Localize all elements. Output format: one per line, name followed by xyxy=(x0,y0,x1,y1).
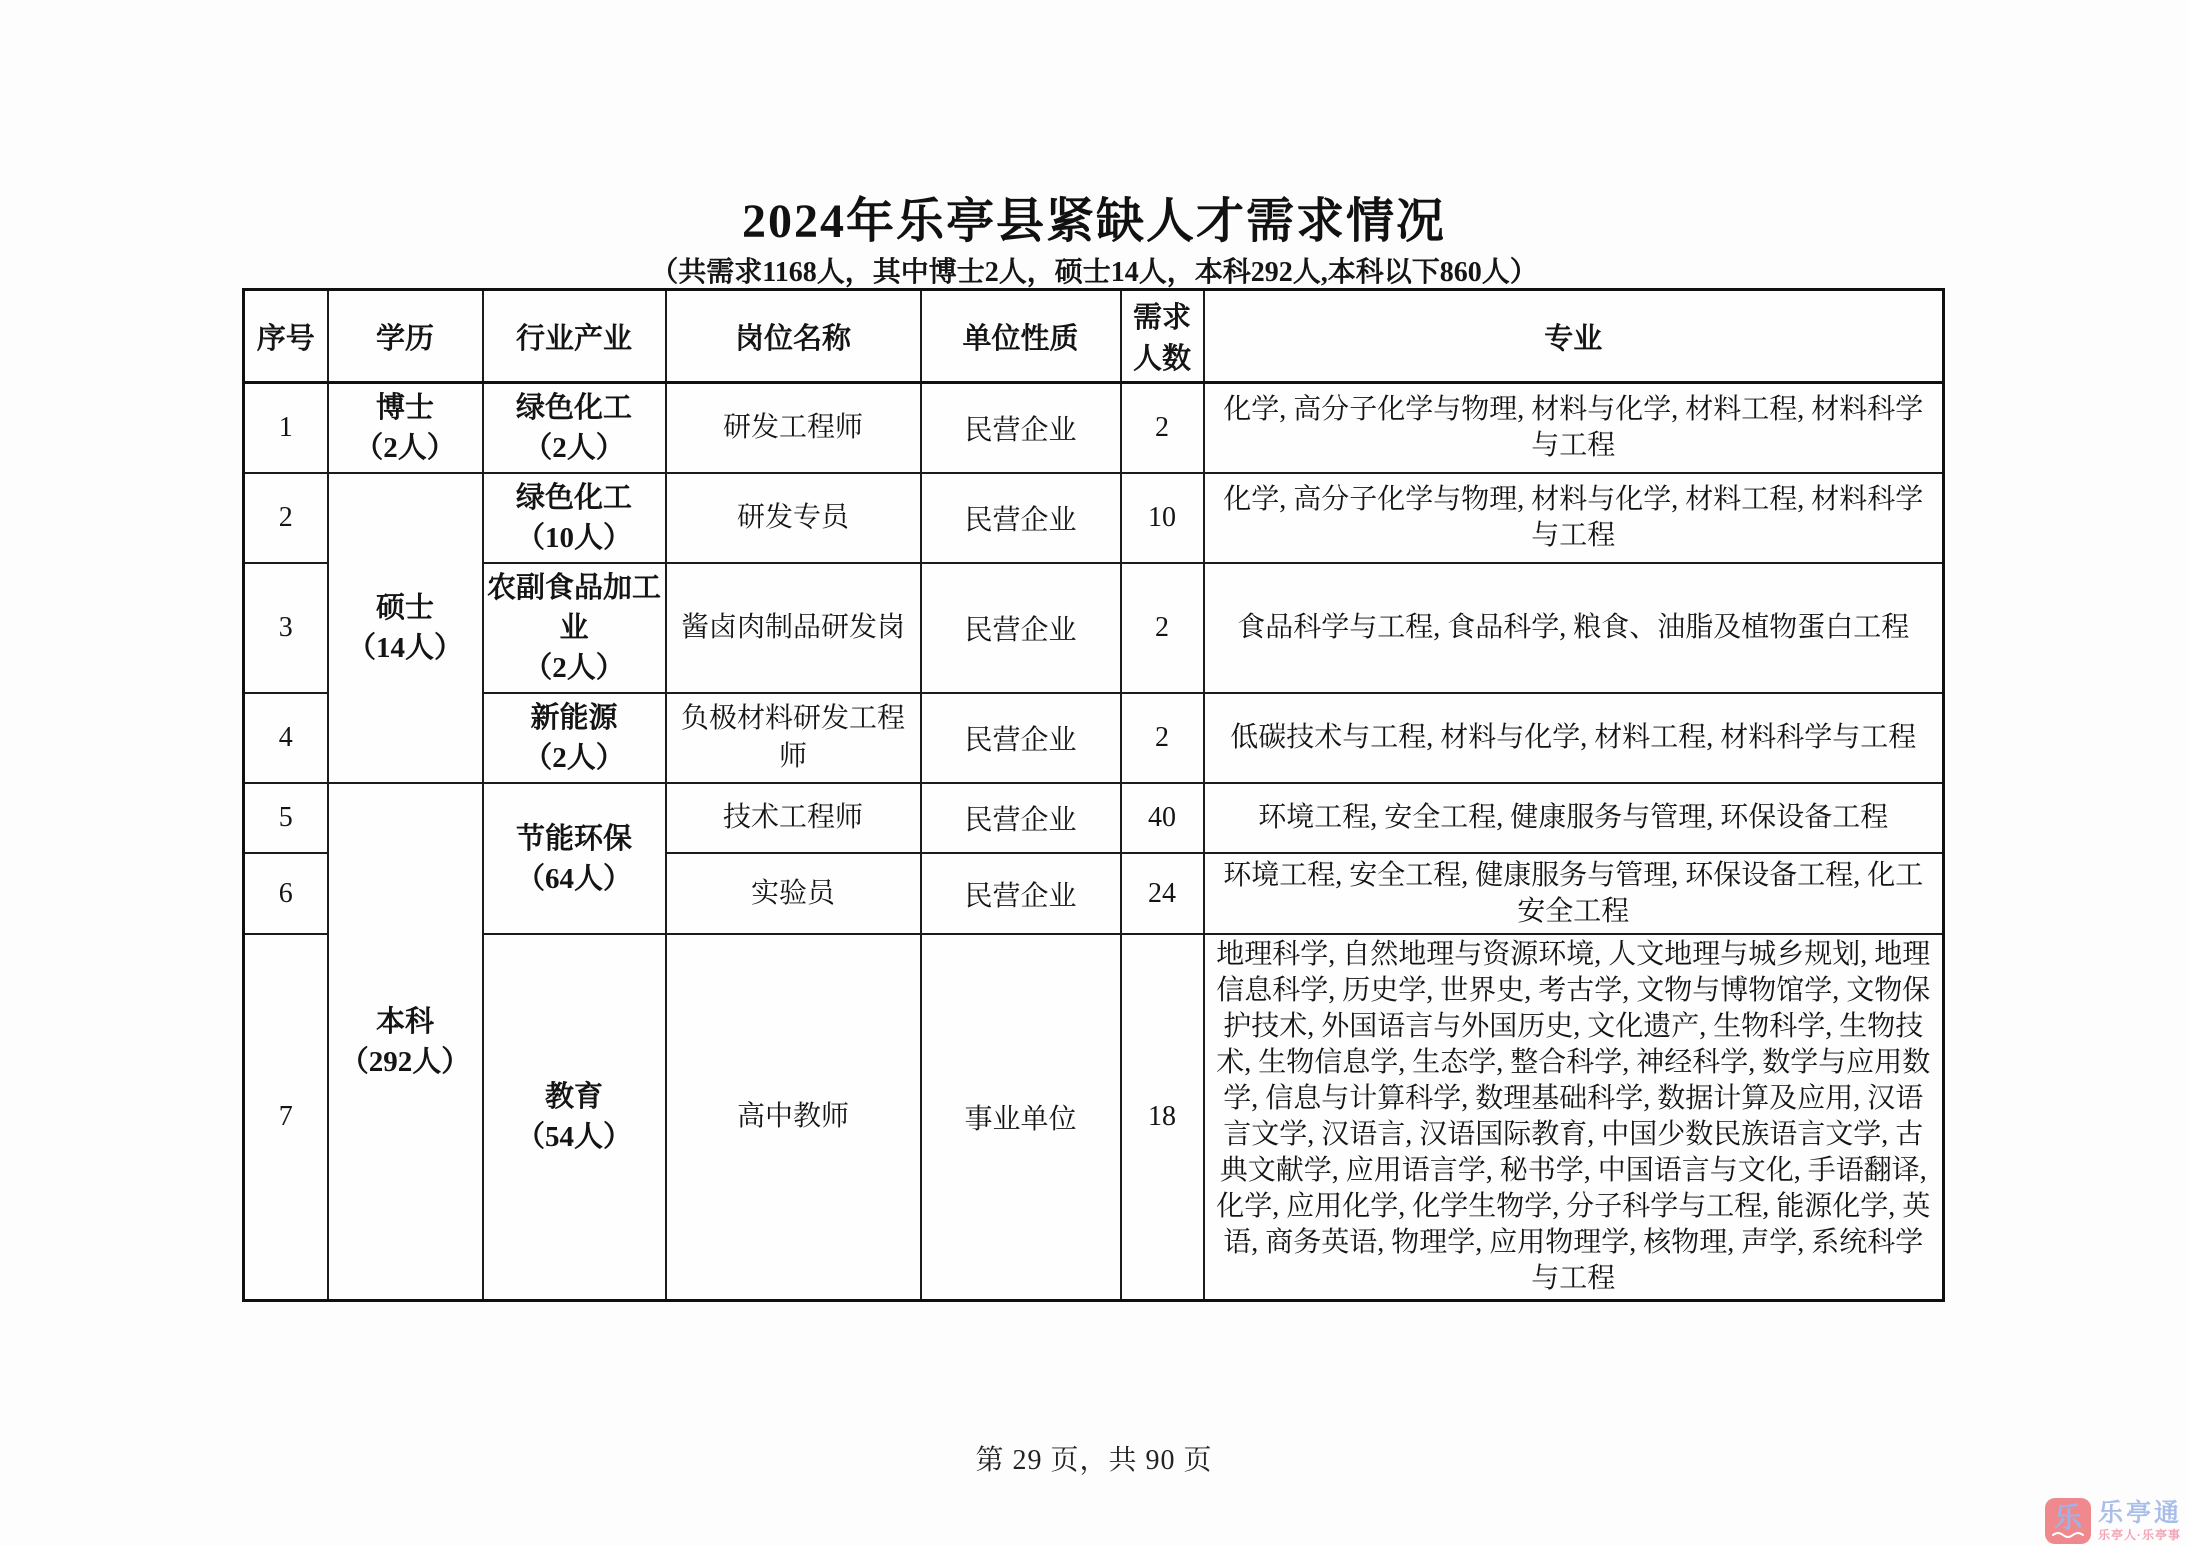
page-number: 第 29 页，共 90 页 xyxy=(0,1438,2188,1478)
cell-position: 高中教师 xyxy=(666,934,921,1301)
cell-education: 硕士 （14人） xyxy=(328,473,483,783)
cell-unit-type: 事业单位 xyxy=(921,934,1121,1301)
cell-major: 化学, 高分子化学与物理, 材料与化学, 材料工程, 材料科学与工程 xyxy=(1204,473,1944,563)
cell-unit-type: 民营企业 xyxy=(921,693,1121,783)
cell-major: 环境工程, 安全工程, 健康服务与管理, 环保设备工程, 化工安全工程 xyxy=(1204,853,1944,934)
cell-industry: 节能环保 （64人） xyxy=(483,783,666,934)
cell-unit-type: 民营企业 xyxy=(921,783,1121,853)
cell-demand: 2 xyxy=(1121,693,1204,783)
cell-position: 研发工程师 xyxy=(666,383,921,474)
table-row: 5 本科 （292人） 节能环保 （64人） 技术工程师 民营企业 40 环境工… xyxy=(244,783,1944,853)
cell-major: 环境工程, 安全工程, 健康服务与管理, 环保设备工程 xyxy=(1204,783,1944,853)
cell-demand: 40 xyxy=(1121,783,1204,853)
cell-position: 实验员 xyxy=(666,853,921,934)
table-row: 2 硕士 （14人） 绿色化工 （10人） 研发专员 民营企业 10 化学, 高… xyxy=(244,473,1944,563)
cell-position: 技术工程师 xyxy=(666,783,921,853)
table-row: 4 新能源 （2人） 负极材料研发工程师 民营企业 2 低碳技术与工程, 材料与… xyxy=(244,693,1944,783)
cell-serial: 3 xyxy=(244,563,328,693)
cell-demand: 18 xyxy=(1121,934,1204,1301)
cell-major: 食品科学与工程, 食品科学, 粮食、油脂及植物蛋白工程 xyxy=(1204,563,1944,693)
document-page: 2024年乐亭县紧缺人才需求情况 （共需求1168人，其中博士2人，硕士14人，… xyxy=(0,0,2188,1546)
col-header-serial: 序号 xyxy=(244,290,328,383)
cell-unit-type: 民营企业 xyxy=(921,383,1121,474)
watermark-app-name: 乐亭通 xyxy=(2098,1501,2182,1526)
cell-industry: 新能源 （2人） xyxy=(483,693,666,783)
logo-le-character: 乐 xyxy=(2054,1504,2082,1532)
cell-demand: 10 xyxy=(1121,473,1204,563)
cell-position: 研发专员 xyxy=(666,473,921,563)
letingtong-watermark: 乐 乐亭通 乐亭人·乐亭事 xyxy=(2045,1498,2182,1544)
cell-demand: 2 xyxy=(1121,563,1204,693)
cell-serial: 4 xyxy=(244,693,328,783)
table-row: 3 农副食品加工业 （2人） 酱卤肉制品研发岗 民营企业 2 食品科学与工程, … xyxy=(244,563,1944,693)
cell-unit-type: 民营企业 xyxy=(921,473,1121,563)
col-header-position: 岗位名称 xyxy=(666,290,921,383)
cell-industry: 绿色化工 （2人） xyxy=(483,383,666,474)
cell-demand: 2 xyxy=(1121,383,1204,474)
cell-major: 化学, 高分子化学与物理, 材料与化学, 材料工程, 材料科学与工程 xyxy=(1204,383,1944,474)
table-row: 7 教育 （54人） 高中教师 事业单位 18 地理科学, 自然地理与资源环境,… xyxy=(244,934,1944,1301)
page-subtitle: （共需求1168人，其中博士2人，硕士14人，本科292人,本科以下860人） xyxy=(0,250,2188,290)
page-title: 2024年乐亭县紧缺人才需求情况 xyxy=(0,182,2188,251)
cell-major: 地理科学, 自然地理与资源环境, 人文地理与城乡规划, 地理信息科学, 历史学,… xyxy=(1204,934,1944,1301)
cell-major: 低碳技术与工程, 材料与化学, 材料工程, 材料科学与工程 xyxy=(1204,693,1944,783)
watermark-tagline: 乐亭人·乐亭事 xyxy=(2098,1529,2181,1541)
cell-serial: 2 xyxy=(244,473,328,563)
talent-demand-table: 序号 学历 行业产业 岗位名称 单位性质 需求 人数 专业 1 博士 （2人） … xyxy=(242,288,1945,1302)
col-header-demand: 需求 人数 xyxy=(1121,290,1204,383)
letingtong-logo-icon: 乐 xyxy=(2045,1498,2091,1544)
cell-serial: 1 xyxy=(244,383,328,474)
col-header-major: 专业 xyxy=(1204,290,1944,383)
cell-serial: 5 xyxy=(244,783,328,853)
cell-education: 博士 （2人） xyxy=(328,383,483,474)
watermark-text: 乐亭通 乐亭人·乐亭事 xyxy=(2098,1501,2182,1541)
cell-position: 负极材料研发工程师 xyxy=(666,693,921,783)
col-header-unit-type: 单位性质 xyxy=(921,290,1121,383)
cell-serial: 7 xyxy=(244,934,328,1301)
col-header-industry: 行业产业 xyxy=(483,290,666,383)
cell-unit-type: 民营企业 xyxy=(921,563,1121,693)
cell-position: 酱卤肉制品研发岗 xyxy=(666,563,921,693)
cell-serial: 6 xyxy=(244,853,328,934)
table-header-row: 序号 学历 行业产业 岗位名称 单位性质 需求 人数 专业 xyxy=(244,290,1944,383)
wave-icon xyxy=(2052,1530,2084,1538)
cell-industry: 绿色化工 （10人） xyxy=(483,473,666,563)
cell-education: 本科 （292人） xyxy=(328,783,483,1301)
cell-unit-type: 民营企业 xyxy=(921,853,1121,934)
cell-industry: 教育 （54人） xyxy=(483,934,666,1301)
cell-industry: 农副食品加工业 （2人） xyxy=(483,563,666,693)
cell-demand: 24 xyxy=(1121,853,1204,934)
table-row: 1 博士 （2人） 绿色化工 （2人） 研发工程师 民营企业 2 化学, 高分子… xyxy=(244,383,1944,474)
col-header-education: 学历 xyxy=(328,290,483,383)
